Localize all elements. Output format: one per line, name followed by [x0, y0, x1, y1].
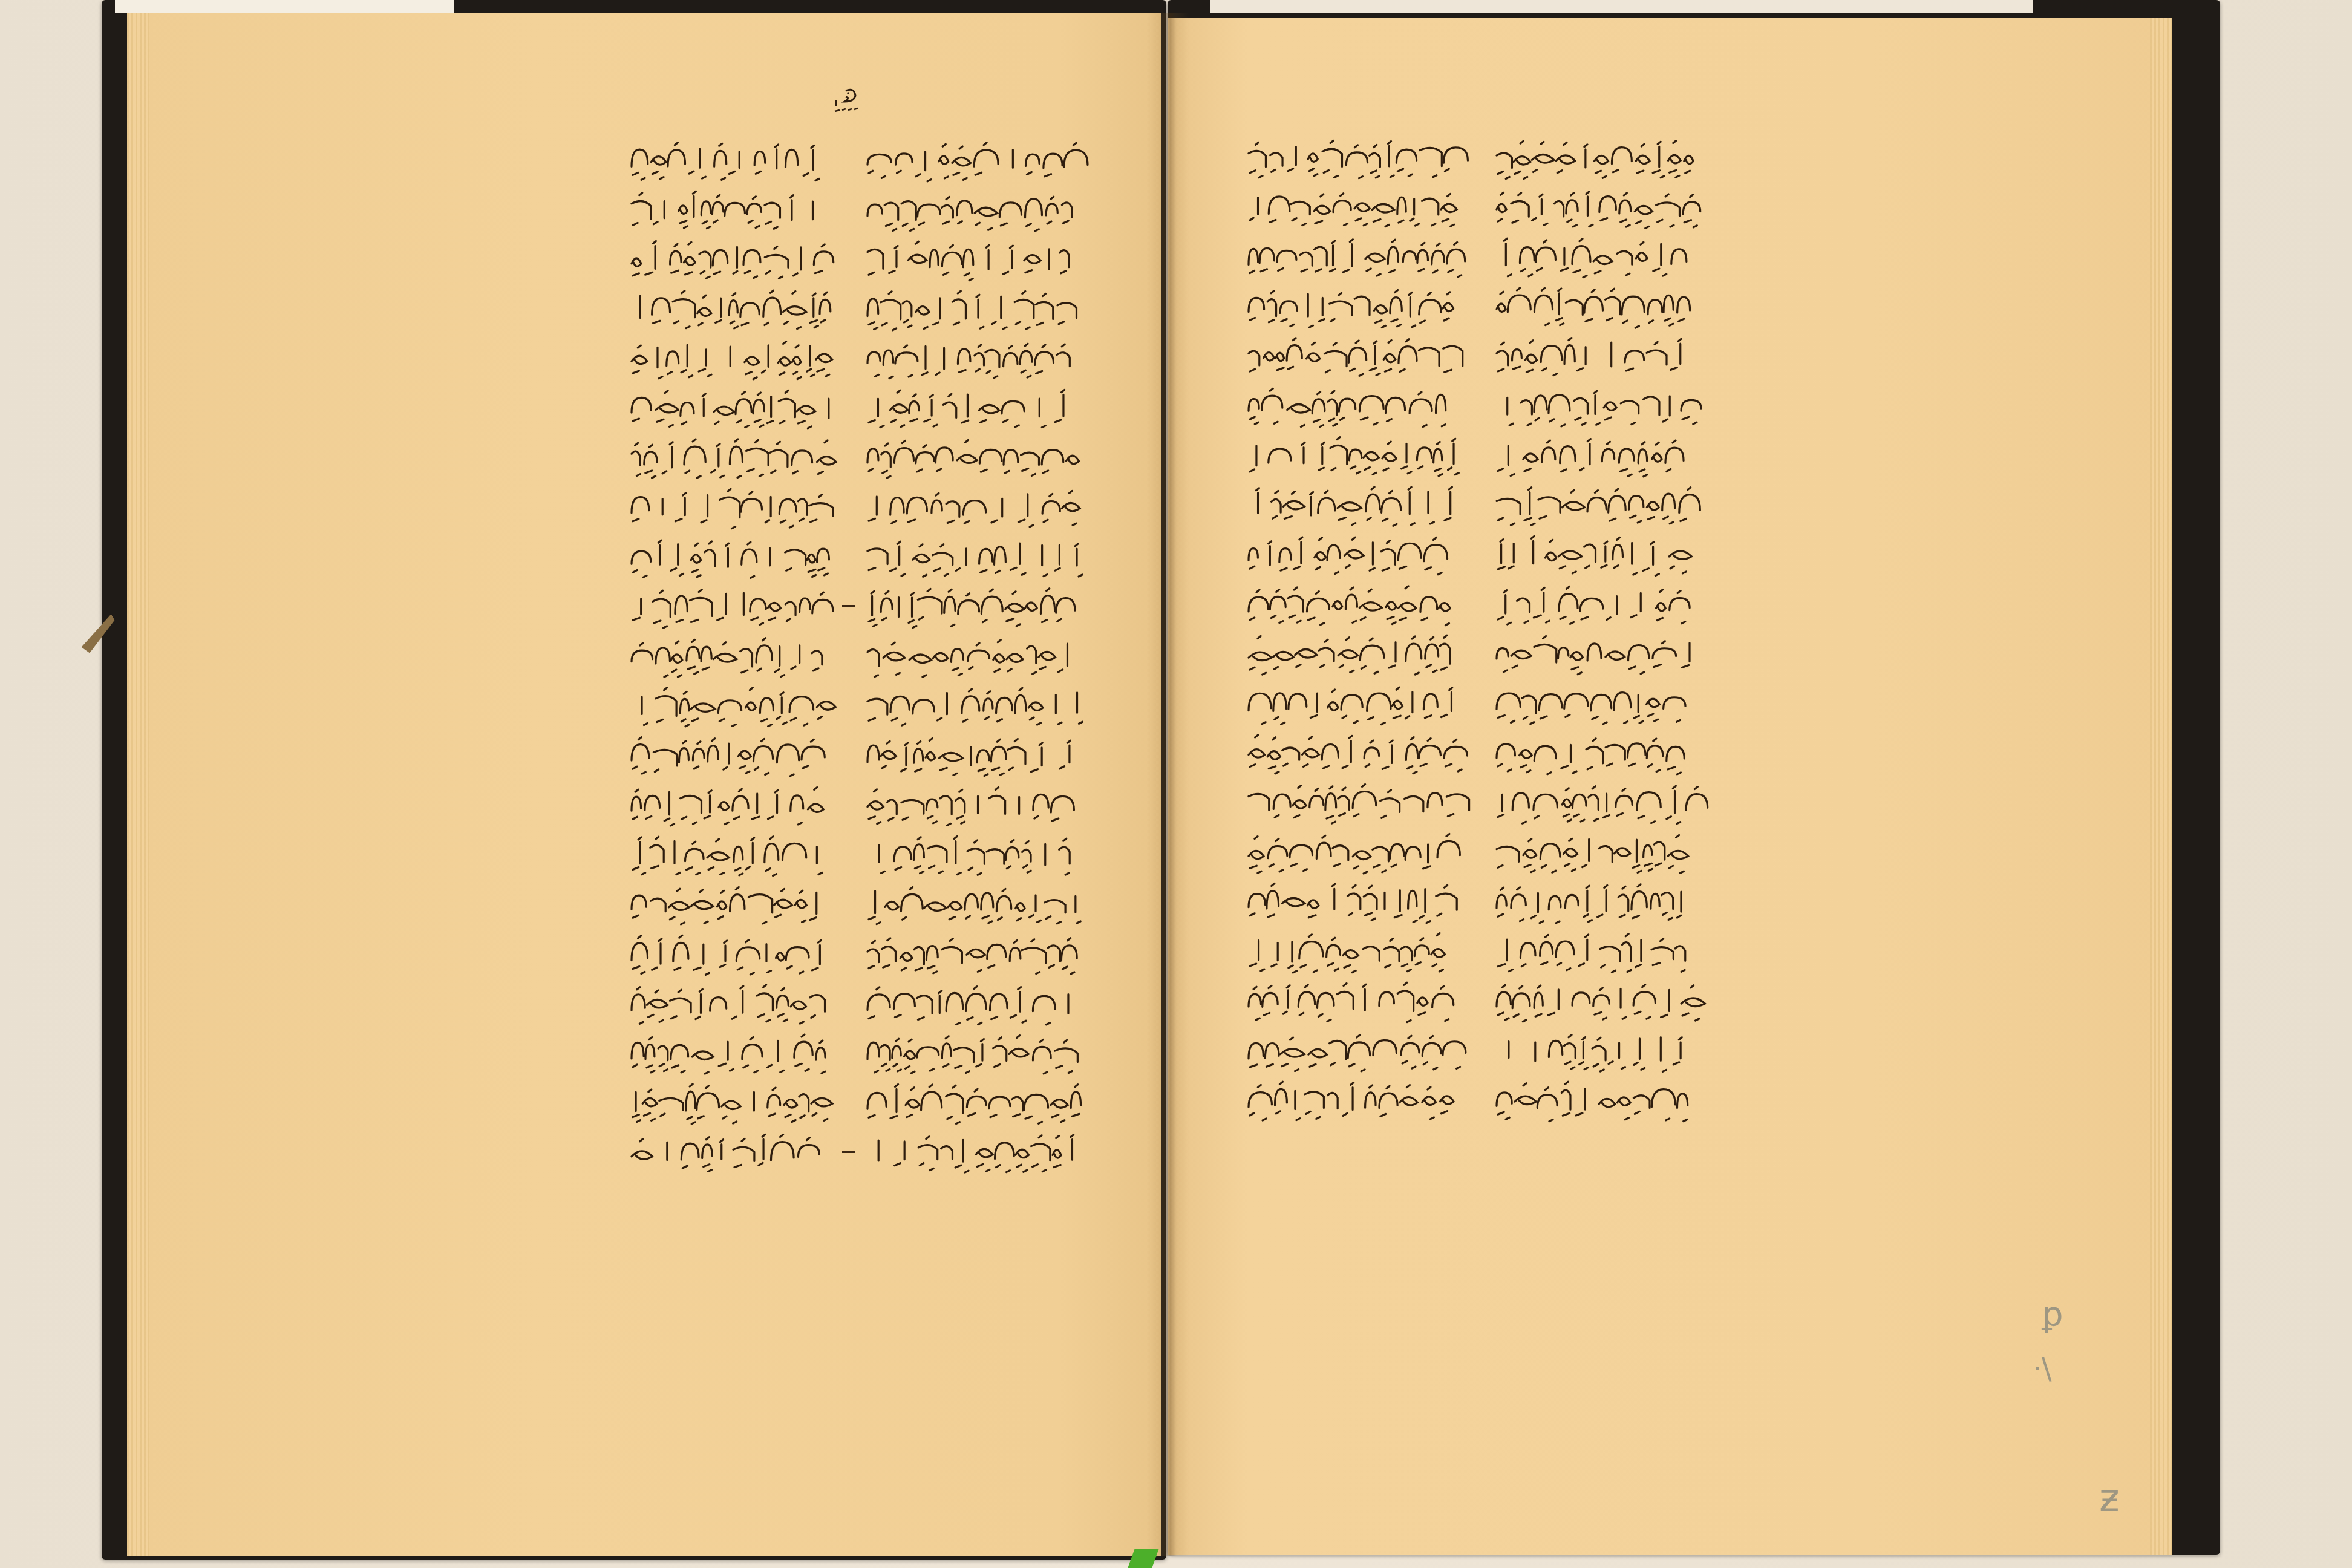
right-page-col1-line-18	[1246, 981, 1455, 1026]
right-page-col1-line-5	[1246, 336, 1455, 381]
left-page-col1-line-15	[629, 835, 829, 880]
right-page-edges	[2150, 18, 2172, 1555]
right-page-col1-line-8	[1246, 485, 1455, 530]
cover-edge-top-right	[1210, 0, 2033, 13]
left-page-col2-line-15	[865, 835, 1080, 880]
left-page-col2-line-5	[865, 339, 1080, 384]
left-page-col2-line-2	[865, 190, 1080, 235]
left-page-col1-line-17	[629, 934, 829, 979]
right-page-col1-line-20	[1246, 1080, 1455, 1125]
right-page-col2-line-1	[1494, 138, 1694, 183]
left-page-col1-line-5	[629, 339, 829, 384]
left-page-col1-line-3	[629, 240, 829, 284]
left-page-col2-line-7	[865, 438, 1080, 483]
right-page-col1-line-6	[1246, 386, 1455, 431]
left-page-col1-line-7	[629, 438, 829, 483]
left-page-col1-line-16	[629, 884, 829, 929]
right-page-col2-line-4	[1494, 287, 1694, 332]
right-page-col2-line-3	[1494, 237, 1694, 282]
left-page-col2-line-12	[865, 686, 1080, 731]
left-page-col1-line-19	[629, 1033, 829, 1078]
right-page-col2-line-5	[1494, 336, 1694, 381]
left-page-col2-line-10	[865, 587, 1080, 632]
pencil-mark: ·\	[2033, 1352, 2051, 1386]
right-page-col2-line-14	[1494, 783, 1694, 828]
right-page-col2-line-16	[1494, 882, 1694, 927]
left-page-col1-line-1	[629, 140, 829, 185]
right-page-col2-line-18	[1494, 981, 1694, 1026]
column-separator-dash	[842, 1151, 855, 1153]
left-page-col2-line-21	[865, 1132, 1080, 1177]
left-page-col2-line-11	[865, 636, 1080, 681]
left-page-col1-line-13	[629, 736, 829, 780]
column-separator-dash	[842, 605, 855, 607]
left-page-edges	[127, 13, 149, 1556]
left-page-col2-line-18	[865, 984, 1080, 1028]
right-page-col1-line-11	[1246, 634, 1455, 679]
page-heading-glyph	[829, 85, 865, 115]
left-page-col2-line-17	[865, 934, 1080, 979]
right-page-col2-line-2	[1494, 188, 1694, 232]
left-page-col2-line-3	[865, 240, 1080, 284]
left-page-col2-line-8	[865, 488, 1080, 532]
right-page-col2-line-15	[1494, 832, 1694, 877]
left-page-col2-line-4	[865, 289, 1080, 334]
right-page-col2-line-6	[1494, 386, 1694, 431]
right-page-col2-line-9	[1494, 535, 1694, 580]
right-page-col1-line-10	[1246, 584, 1455, 629]
left-page-col2-line-9	[865, 537, 1080, 582]
pencil-mark: ꝑ	[2042, 1295, 2063, 1334]
right-page-col1-line-1	[1246, 138, 1455, 183]
left-page-col1-line-12	[629, 686, 829, 731]
right-page-col2-line-12	[1494, 684, 1694, 728]
right-page-col1-line-13	[1246, 733, 1455, 778]
left-page-col1-line-18	[629, 984, 829, 1028]
left-page-col1-line-4	[629, 289, 829, 334]
right-page-col1-line-17	[1246, 932, 1455, 976]
left-page-col1-line-21	[629, 1132, 829, 1177]
book-gutter	[1147, 13, 1189, 1556]
right-page-col1-line-2	[1246, 188, 1455, 232]
left-page-col1-line-6	[629, 388, 829, 433]
left-page-col1-line-14	[629, 785, 829, 830]
right-page-col2-line-13	[1494, 733, 1694, 778]
right-page-col2-line-11	[1494, 634, 1694, 679]
right-page-col2-line-7	[1494, 436, 1694, 480]
left-page-col1-line-2	[629, 190, 829, 235]
left-page-col2-line-1	[865, 140, 1080, 185]
left-page-col1-line-8	[629, 488, 829, 532]
right-page-col1-line-3	[1246, 237, 1455, 282]
right-page-col1-line-15	[1246, 832, 1455, 877]
cover-edge-top-left	[115, 0, 454, 13]
left-page-col2-line-14	[865, 785, 1080, 830]
right-page-col1-line-4	[1246, 287, 1455, 332]
right-page-col1-line-12	[1246, 684, 1455, 728]
right-page-col1-line-9	[1246, 535, 1455, 580]
left-page-col2-line-19	[865, 1033, 1080, 1078]
left-page-col1-line-9	[629, 537, 829, 582]
right-page-col2-line-10	[1494, 584, 1694, 629]
left-page-col2-line-20	[865, 1083, 1080, 1128]
right-page-col1-line-16	[1246, 882, 1455, 927]
left-page-col1-line-11	[629, 636, 829, 681]
left-page-col2-line-16	[865, 884, 1080, 929]
right-page-col1-line-19	[1246, 1031, 1455, 1076]
pencil-mark: ƶ	[2099, 1476, 2120, 1521]
right-page-col2-line-19	[1494, 1031, 1694, 1076]
right-page-col2-line-8	[1494, 485, 1694, 530]
left-page-col1-line-10	[629, 587, 829, 632]
right-page-col1-line-14	[1246, 783, 1455, 828]
right-page-col1-line-7	[1246, 436, 1455, 480]
left-page-col1-line-20	[629, 1083, 829, 1128]
right-page-col2-line-17	[1494, 932, 1694, 976]
left-page-col2-line-13	[865, 736, 1080, 780]
right-page-col2-line-20	[1494, 1080, 1694, 1125]
left-page-col2-line-6	[865, 388, 1080, 433]
